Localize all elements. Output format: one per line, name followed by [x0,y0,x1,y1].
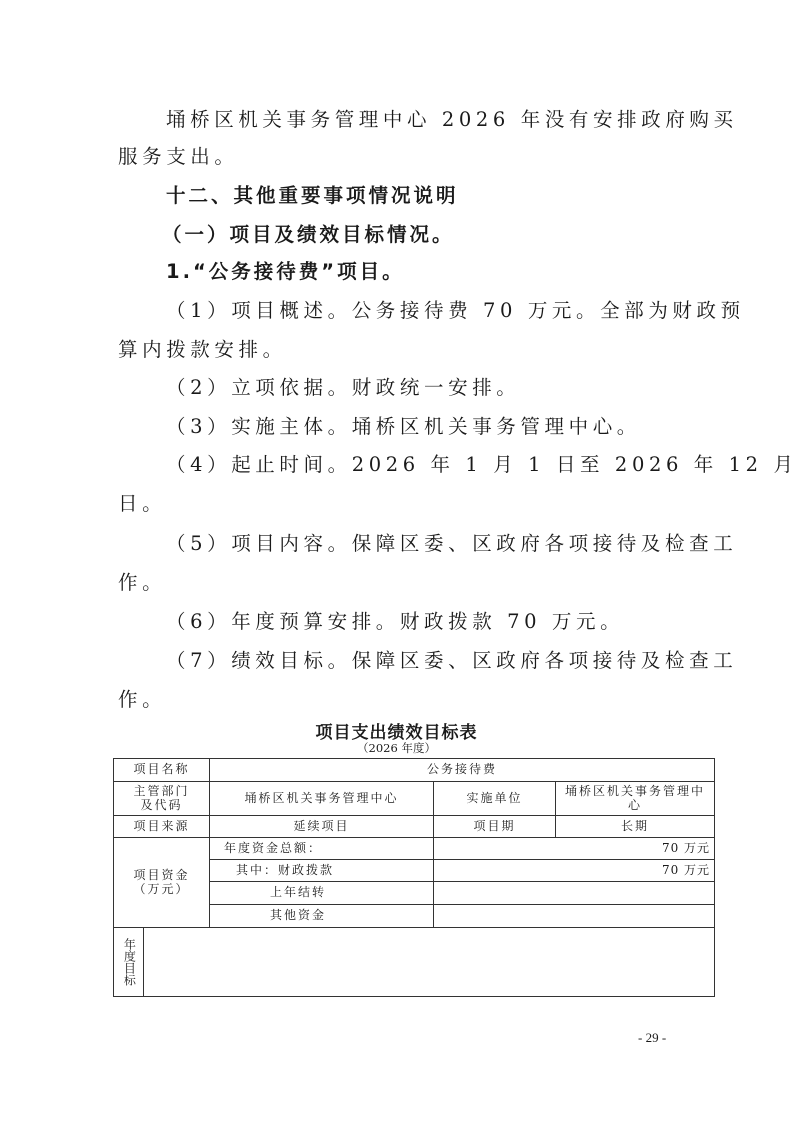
paragraph-line: （5）项目内容。保障区委、区政府各项接待及检查工 [166,534,737,554]
paragraph-line: （6）年度预算安排。财政拨款 70 万元。 [166,612,624,632]
source-value: 延续项目 [210,816,434,838]
funds-row-value [434,882,715,905]
dept-label: 主管部门及代码 [114,782,210,816]
performance-target-table: 项目名称 公务接待费 主管部门及代码 埇桥区机关事务管理中心 实施单位 埇桥区机… [113,758,715,997]
dept-value: 埇桥区机关事务管理中心 [210,782,434,816]
period-label: 项目期 [434,816,556,838]
funds-label: 项目资金（万元） [114,838,210,928]
project-name-value: 公务接待费 [210,759,715,782]
paragraph-line: （7）绩效目标。保障区委、区政府各项接待及检查工 [166,651,737,671]
paragraph-line: （4）起止时间。2026 年 1 月 1 日至 2026 年 12 月 31 [166,455,793,475]
paragraph-line: 算内拨款安排。 [118,340,287,360]
section-heading: 十二、其他重要事项情况说明 [166,186,459,206]
funds-row-value: 70 万元 [434,860,715,882]
funds-row-value: 70 万元 [434,838,715,860]
paragraph-line: 作。 [118,573,166,593]
funds-row-label: 其他资金 [210,905,434,928]
paragraph-line: 服务支出。 [118,147,239,167]
page-number: - 29 - [638,1030,666,1046]
table-subtitle: （2026 年度） [0,740,793,756]
source-label: 项目来源 [114,816,210,838]
paragraph-line: 埇桥区机关事务管理中心 2026 年没有安排政府购买 [166,110,738,130]
paragraph-line: （1）项目概述。公务接待费 70 万元。全部为财政预 [166,301,745,321]
funds-row-label: 上年结转 [210,882,434,905]
paragraph-line: （2）立项依据。财政统一安排。 [166,378,520,398]
item-heading: 1.“公务接待费”项目。 [166,262,405,282]
paragraph-line: 作。 [118,690,166,710]
funds-row-value [434,905,715,928]
funds-row-label: 其中：财政拨款 [210,860,434,882]
annual-goal-label: 年度目标 [114,928,144,997]
annual-goal-value [144,928,715,997]
paragraph-line: 日。 [118,494,166,514]
impl-label: 实施单位 [434,782,556,816]
impl-value: 埇桥区机关事务管理中心 [556,782,715,816]
period-value: 长期 [556,816,715,838]
funds-row-label: 年度资金总额： [210,838,434,860]
paragraph-line: （3）实施主体。埇桥区机关事务管理中心。 [166,417,641,437]
project-name-label: 项目名称 [114,759,210,782]
subsection-heading: （一）项目及绩效目标情况。 [162,225,455,245]
